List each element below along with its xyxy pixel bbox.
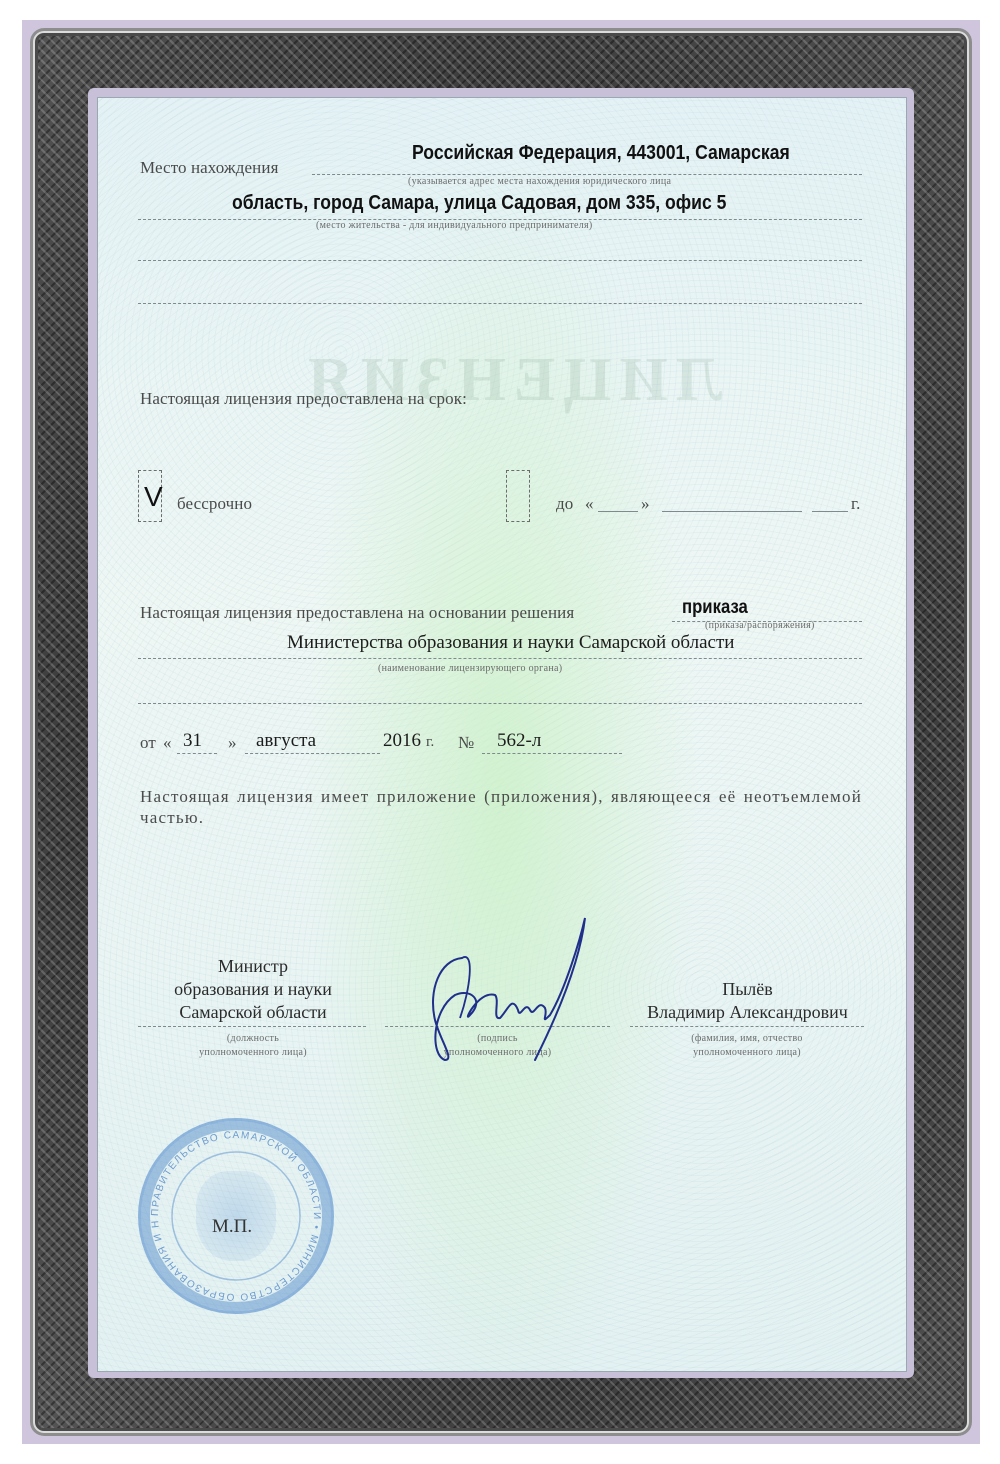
order-open-quote: « [163,733,172,753]
basis-decision-type: приказа [682,597,748,619]
order-number: 562-л [497,730,541,752]
check-mark-icon: V [144,481,163,513]
order-number-sign: № [458,733,474,753]
appendix-note: Настоящая лицензия имеет приложение (при… [140,786,862,828]
position-line1: Министр [140,955,366,978]
stamp-place-label: М.П. [212,1216,252,1238]
location-line2-value: область, город Самара, улица Садовая, до… [232,192,726,215]
basis-authority-hint: (наименование лицензирующего органа) [378,663,562,674]
term-until-prefix: до [556,494,573,514]
checkbox-until-date[interactable] [506,470,530,522]
order-prefix: от [140,733,156,753]
position-line2: образования и науки [140,978,366,1001]
position-hint: (должность уполномоченного лица) [140,1032,366,1060]
location-line1-hint: (указывается адрес места нахождения юрид… [408,176,671,187]
name-line1: Пылёв [630,978,865,1001]
position-line3: Самарской области [140,1001,366,1024]
handwritten-signature [400,900,600,1070]
signatory-name: Пылёв Владимир Александрович [630,978,865,1024]
location-line1-value: Российская Федерация, 443001, Самарская [412,142,790,165]
name-hint: (фамилия, имя, отчество уполномоченного … [630,1032,864,1060]
order-day: 31 [183,730,202,752]
term-label: Настоящая лицензия предоставлена на срок… [140,389,467,409]
order-year-suffix: г. [426,734,434,751]
order-month: августа [256,730,316,752]
name-line2: Владимир Александрович [630,1001,865,1024]
term-until-close-quote: » [641,494,650,514]
term-until-open-quote: « [585,494,594,514]
basis-authority: Министерства образования и науки Самарск… [287,632,734,654]
location-label: Место нахождения [140,158,279,178]
term-until-suffix: г. [851,494,861,514]
basis-decision-type-hint: (приказа/распоряжения) [705,620,815,631]
term-indefinite-label: бессрочно [177,494,252,514]
order-close-quote: » [228,733,237,753]
signatory-position: Министр образования и науки Самарской об… [140,955,366,1024]
basis-label: Настоящая лицензия предоставлена на осно… [140,603,574,623]
location-line2-hint: (место жительства - для индивидуального … [316,220,593,231]
checkbox-indefinite[interactable]: V [138,470,162,522]
order-year: 2016 [383,730,421,752]
